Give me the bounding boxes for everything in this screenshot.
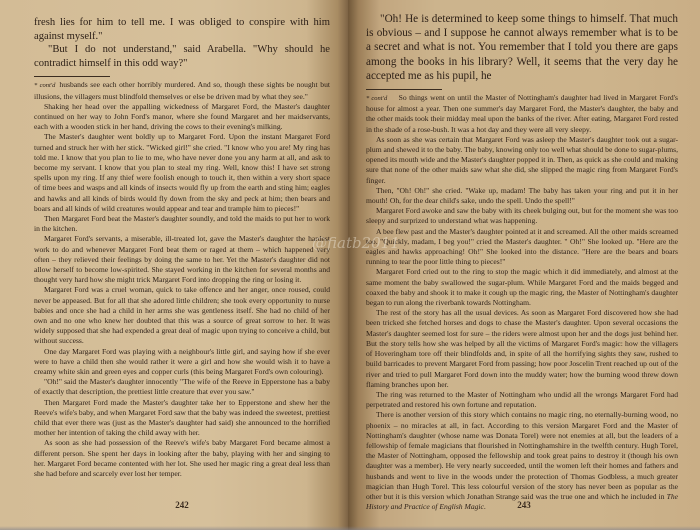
open-book-spread: fresh lies for him to tell me. I was obl…	[0, 0, 700, 530]
main-paragraph: "But I do not understand," said Arabella…	[34, 43, 330, 70]
footnote-paragraph: Margaret Ford's servants, a miserable, i…	[34, 234, 330, 285]
left-footnote: * cont'dhusbands see each other horribly…	[34, 80, 330, 479]
footnote-paragraph: The Master's daughter went boldly up to …	[34, 132, 330, 214]
page-number-right: 243	[348, 500, 700, 510]
right-footnote: * cont'd So things went on until the Mas…	[366, 93, 678, 512]
right-page: "Oh! He is determined to keep some thing…	[348, 0, 700, 530]
footnote-paragraph: Then Margaret Ford made the Master's dau…	[34, 398, 330, 439]
footnote-paragraph: There is another version of this story w…	[366, 410, 678, 512]
main-paragraph: fresh lies for him to tell me. I was obl…	[34, 16, 330, 43]
footnote-paragraph: * cont'dhusbands see each other horribly…	[34, 80, 330, 101]
footnote-paragraph: As soon as she was certain that Margaret…	[366, 135, 678, 186]
footnote-paragraph: A bee flew past and the Master's daughte…	[366, 227, 678, 268]
page-number-left: 242	[0, 500, 348, 510]
footnote-marker: * cont'd	[34, 82, 55, 89]
right-main-text: "Oh! He is determined to keep some thing…	[366, 12, 678, 83]
footnote-paragraph: Margaret Ford was a cruel woman, quick t…	[34, 285, 330, 346]
bottom-edge-shadow	[0, 526, 700, 530]
footnote-paragraph: Then, "Oh! Oh!" she cried. "Wake up, mad…	[366, 186, 678, 206]
footnote-marker: * cont'd	[366, 95, 387, 102]
footnote-rule	[34, 76, 110, 77]
footnote-paragraph: Margaret Ford cried out to the ring to s…	[366, 267, 678, 308]
main-paragraph: "Oh! He is determined to keep some thing…	[366, 12, 678, 83]
footnote-paragraph: One day Margaret Ford was playing with a…	[34, 347, 330, 378]
footnote-paragraph: As soon as she had possession of the Ree…	[34, 438, 330, 479]
left-main-text: fresh lies for him to tell me. I was obl…	[34, 16, 330, 70]
left-page: fresh lies for him to tell me. I was obl…	[0, 0, 348, 530]
footnote-paragraph: Shaking her head over the appalling wick…	[34, 102, 330, 133]
footnote-paragraph: Then Margaret Ford beat the Master's dau…	[34, 214, 330, 234]
footnote-paragraph: "Oh!" said the Master's daughter innocen…	[34, 377, 330, 397]
footnote-paragraph: The rest of the story has all the usual …	[366, 308, 678, 390]
footnote-rule	[366, 89, 442, 90]
footnote-paragraph: The ring was returned to the Master of N…	[366, 390, 678, 410]
footnote-paragraph: * cont'd So things went on until the Mas…	[366, 93, 678, 135]
footnote-paragraph: Margaret Ford awoke and saw the baby wit…	[366, 206, 678, 226]
